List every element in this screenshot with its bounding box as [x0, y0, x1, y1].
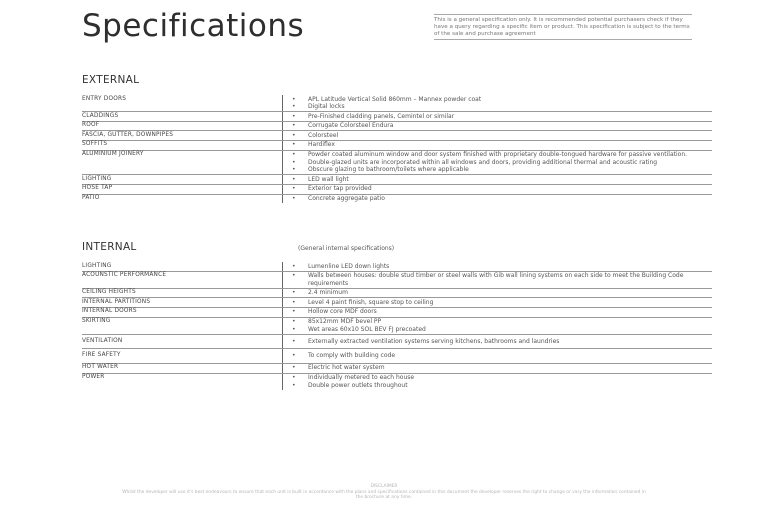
spec-row: SKIRTING85x12mm MDF bevel PPWet areas 60…: [82, 317, 712, 334]
spec-row: LIGHTINGLumenline LED down lights: [82, 262, 712, 271]
spec-label: INTERNAL DOORS: [82, 307, 283, 317]
spec-value: Walls between houses: double stud timber…: [283, 271, 713, 288]
spec-row: FIRE SAFETYTo comply with building code: [82, 349, 712, 364]
spec-value: 2.4 minimum: [283, 288, 713, 298]
spec-bullet-item: Colorsteel: [291, 132, 712, 140]
spec-label: HOSE TAP: [82, 184, 283, 194]
spec-bullet-item: Individually metered to each house: [291, 374, 712, 382]
spec-label: LIGHTING: [82, 262, 283, 271]
spec-bullet-item: Wet areas 60x10 SOL BEV FJ precoated: [291, 326, 712, 334]
spec-bullet-item: Hollow core MDF doors: [291, 308, 712, 316]
spec-value: Pre-Finished cladding panels, Cemintel o…: [283, 112, 713, 122]
spec-bullet-item: Hardiflex: [291, 141, 712, 149]
spec-bullet-item: Digital locks: [291, 103, 712, 111]
spec-row: POWERIndividually metered to each houseD…: [82, 373, 712, 390]
spec-row: CEILING HEIGHTS2.4 minimum: [82, 288, 712, 298]
spec-bullet-item: Powder coated aluminum window and door s…: [291, 151, 712, 159]
spec-value: Level 4 paint finish, square stop to cei…: [283, 298, 713, 308]
spec-bullet-item: 85x12mm MDF bevel PP: [291, 318, 712, 326]
spec-row: ROOFCorrugate Colorsteel Endura: [82, 121, 712, 131]
spec-value: Hollow core MDF doors: [283, 307, 713, 317]
spec-value: Electric hot water system: [283, 363, 713, 373]
spec-bullet-item: APL Latitude Vertical Solid 860mm – Mann…: [291, 96, 712, 104]
spec-row: INTERNAL DOORSHollow core MDF doors: [82, 307, 712, 317]
spec-row: HOSE TAPExterior tap provided: [82, 184, 712, 194]
spec-bullet-item: Externally extracted ventilation systems…: [291, 338, 712, 346]
spec-row: HOT WATERElectric hot water system: [82, 363, 712, 373]
spec-bullet-item: To comply with building code: [291, 352, 712, 360]
internal-subheading: (General internal specifications): [298, 245, 394, 252]
spec-value: Individually metered to each houseDouble…: [283, 373, 713, 390]
spec-label: SKIRTING: [82, 317, 283, 334]
footer-text: Whilst the developer will use it's best …: [120, 490, 648, 501]
spec-row: VENTILATIONExternally extracted ventilat…: [82, 334, 712, 349]
spec-value: Lumenline LED down lights: [283, 262, 713, 271]
disclaimer-note: This is a general specification only. It…: [434, 14, 692, 40]
spec-value: To comply with building code: [283, 349, 713, 364]
spec-value: 85x12mm MDF bevel PPWet areas 60x10 SOL …: [283, 317, 713, 334]
spec-row: LIGHTINGLED wall light: [82, 175, 712, 185]
spec-bullet-item: Double power outlets throughout: [291, 382, 712, 390]
spec-bullet-item: Level 4 paint finish, square stop to cei…: [291, 299, 712, 307]
spec-bullet-item: 2.4 minimum: [291, 289, 712, 297]
spec-row: CLADDINGSPre-Finished cladding panels, C…: [82, 112, 712, 122]
spec-label: ENTRY DOORS: [82, 95, 283, 112]
spec-bullet-item: Electric hot water system: [291, 364, 712, 372]
spec-label: ACOUNSTIC PERFORMANCE: [82, 271, 283, 288]
spec-label: CEILING HEIGHTS: [82, 288, 283, 298]
spec-value: LED wall light: [283, 175, 713, 185]
spec-row: FASCIA, GUTTER, DOWNPIPESColorsteel: [82, 131, 712, 141]
spec-bullet-item: Pre-Finished cladding panels, Cemintel o…: [291, 113, 712, 121]
spec-label: ALUMINIUM JOINERY: [82, 150, 283, 175]
spec-label: SOFFITS: [82, 140, 283, 150]
spec-label: CLADDINGS: [82, 112, 283, 122]
spec-bullet-item: Exterior tap provided: [291, 185, 712, 193]
footer-disclaimer: DISCLAIMER Whilst the developer will use…: [120, 484, 648, 501]
spec-value: Concrete aggregate patio: [283, 194, 713, 203]
spec-value: Powder coated aluminum window and door s…: [283, 150, 713, 175]
page-title: Specifications: [82, 8, 304, 44]
spec-row: ACOUNSTIC PERFORMANCEWalls between house…: [82, 271, 712, 288]
external-heading: EXTERNAL: [82, 74, 139, 86]
spec-label: HOT WATER: [82, 363, 283, 373]
spec-bullet-item: Corrugate Colorsteel Endura: [291, 122, 712, 130]
spec-label: ROOF: [82, 121, 283, 131]
spec-label: INTERNAL PARTITIONS: [82, 298, 283, 308]
spec-row: ENTRY DOORSAPL Latitude Vertical Solid 8…: [82, 95, 712, 112]
spec-row: ALUMINIUM JOINERYPowder coated aluminum …: [82, 150, 712, 175]
spec-bullet-item: Obscure glazing to bathroom/toilets wher…: [291, 166, 712, 174]
spec-bullet-item: Double-glazed units are incorporated wit…: [291, 159, 712, 167]
spec-bullet-item: Walls between houses: double stud timber…: [291, 272, 712, 287]
spec-label: FIRE SAFETY: [82, 349, 283, 364]
internal-heading: INTERNAL: [82, 241, 137, 253]
spec-value: Hardiflex: [283, 140, 713, 150]
spec-label: LIGHTING: [82, 175, 283, 185]
spec-bullet-item: LED wall light: [291, 176, 712, 184]
spec-value: Exterior tap provided: [283, 184, 713, 194]
spec-value: Corrugate Colorsteel Endura: [283, 121, 713, 131]
spec-value: Externally extracted ventilation systems…: [283, 334, 713, 349]
spec-row: SOFFITSHardiflex: [82, 140, 712, 150]
internal-spec-table: LIGHTINGLumenline LED down lightsACOUNST…: [82, 262, 712, 390]
spec-label: PATIO: [82, 194, 283, 203]
external-spec-table: ENTRY DOORSAPL Latitude Vertical Solid 8…: [82, 95, 712, 203]
spec-value: APL Latitude Vertical Solid 860mm – Mann…: [283, 95, 713, 112]
spec-label: POWER: [82, 373, 283, 390]
spec-label: FASCIA, GUTTER, DOWNPIPES: [82, 131, 283, 141]
spec-bullet-item: Concrete aggregate patio: [291, 195, 712, 203]
spec-row: PATIOConcrete aggregate patio: [82, 194, 712, 203]
spec-value: Colorsteel: [283, 131, 713, 141]
spec-bullet-item: Lumenline LED down lights: [291, 263, 712, 271]
spec-row: INTERNAL PARTITIONSLevel 4 paint finish,…: [82, 298, 712, 308]
spec-label: VENTILATION: [82, 334, 283, 349]
